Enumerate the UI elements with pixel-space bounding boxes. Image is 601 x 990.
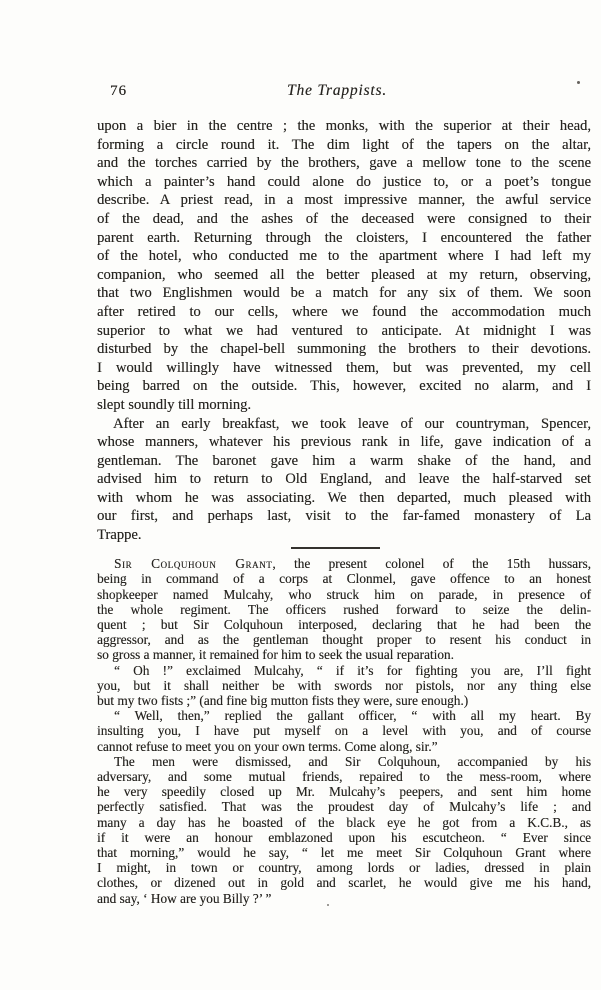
text-line: After an early breakfast, we took leave …: [97, 415, 591, 434]
paragraph: After an early breakfast, we took leave …: [97, 415, 591, 545]
text-line: disturbed by the chapel-bell summoning t…: [97, 340, 591, 359]
paragraph: “ Well, then,” replied the gallant offic…: [97, 708, 591, 754]
paragraph: The men were dismissed, and Sir Colquhou…: [97, 754, 591, 906]
text-line: which a painter’s hand could alone do ju…: [97, 173, 591, 192]
text-line: parent earth. Returning through the cloi…: [97, 229, 591, 248]
text-line: superior to what we had ventured to anti…: [97, 322, 591, 341]
text-line: if it were an honour emblazoned upon his…: [97, 830, 591, 845]
text-line: but my two fists ;” (and fine big mutton…: [97, 693, 591, 708]
text-line: cannot refuse to meet you on your own te…: [97, 739, 591, 754]
text-line: and the torches carried by the brothers,…: [97, 154, 591, 173]
text-line: clothes, or dizened out in gold and scar…: [97, 875, 591, 890]
text-line: The men were dismissed, and Sir Colquhou…: [97, 754, 591, 769]
paragraph: “ Oh !” exclaimed Mulcahy, “ if it’s for…: [97, 663, 591, 709]
text-line: I would willingly have witnessed them, b…: [97, 359, 591, 378]
trappists-narrative-section: upon a bier in the centre ; the monks, w…: [97, 117, 591, 545]
text-line: shopkeeper named Mulcahy, who struck him…: [97, 587, 591, 602]
text-line: so gross a manner, it remained for him t…: [97, 647, 591, 662]
running-title: The Trappists.: [90, 82, 584, 100]
text-line: he very speedily closed up Mr. Mulcahy’s…: [97, 784, 591, 799]
text-line: forming a circle round it. The dim light…: [97, 136, 591, 155]
text-line: with whom he was associating. We then de…: [97, 489, 591, 508]
text-line: the whole regiment. The officers rushed …: [97, 602, 591, 617]
text-line: and say, ‘ How are you Billy ?’ ”: [97, 891, 591, 906]
text-block: upon a bier in the centre ; the monks, w…: [97, 117, 591, 906]
text-line: many a day has he boasted of the black e…: [97, 815, 591, 830]
text-line: slept soundly till morning.: [97, 396, 591, 415]
text-line: being barred on the outside. This, howev…: [97, 377, 591, 396]
text-line: “ Well, then,” replied the gallant offic…: [97, 708, 591, 723]
text-line: aggressor, and as the gentleman thought …: [97, 632, 591, 647]
text-line: quent ; but Sir Colquhoun interposed, de…: [97, 617, 591, 632]
text-line: Trappe.: [97, 526, 591, 545]
text-line: you, but it shall neither be with swords…: [97, 678, 591, 693]
text-line: advised him to return to Old England, an…: [97, 470, 591, 489]
text-line: perfectly satisfied. That was the proude…: [97, 799, 591, 814]
paragraph: Sir Colquhoun Grant, the present colonel…: [97, 556, 591, 662]
text-line: companion, who seemed all the better ple…: [97, 266, 591, 285]
text-line: that morning,” would he say, “ let me me…: [97, 845, 591, 860]
text-line: I might, in town or country, among lords…: [97, 860, 591, 875]
text-line: upon a bier in the centre ; the monks, w…: [97, 117, 591, 136]
text-line: “ Oh !” exclaimed Mulcahy, “ if it’s for…: [97, 663, 591, 678]
paragraph: upon a bier in the centre ; the monks, w…: [97, 117, 591, 415]
page-header: 76 The Trappists.: [97, 82, 591, 102]
text-line: of the hotel, who conducted me to the ap…: [97, 247, 591, 266]
text-line: that two Englishmen would be a match for…: [97, 284, 591, 303]
text-line: whose manners, whatever his previous ran…: [97, 433, 591, 452]
text-line: describe. A priest read, in a most impre…: [97, 191, 591, 210]
book-page: 76 The Trappists. upon a bier in the cen…: [0, 0, 601, 990]
small-caps-name: Sir Colquhoun Grant: [114, 556, 272, 571]
line-text: , the present colonel of the 15th hussar…: [272, 556, 591, 571]
text-line: of the dead, and the ashes of the deceas…: [97, 210, 591, 229]
text-line: Sir Colquhoun Grant, the present colonel…: [97, 556, 591, 571]
text-line: insulting you, I have put myself on a le…: [97, 723, 591, 738]
section-divider-rule: [291, 547, 380, 550]
text-line: after retired to our cells, where we fou…: [97, 303, 591, 322]
text-line: being in command of a corps at Clonmel, …: [97, 571, 591, 586]
text-line: gentleman. The baronet gave him a warm s…: [97, 452, 591, 471]
colquhoun-grant-anecdote-section: Sir Colquhoun Grant, the present colonel…: [97, 556, 591, 906]
text-line: adversary, and some mutual friends, repa…: [97, 769, 591, 784]
text-line: our first, and perhaps last, visit to th…: [97, 507, 591, 526]
